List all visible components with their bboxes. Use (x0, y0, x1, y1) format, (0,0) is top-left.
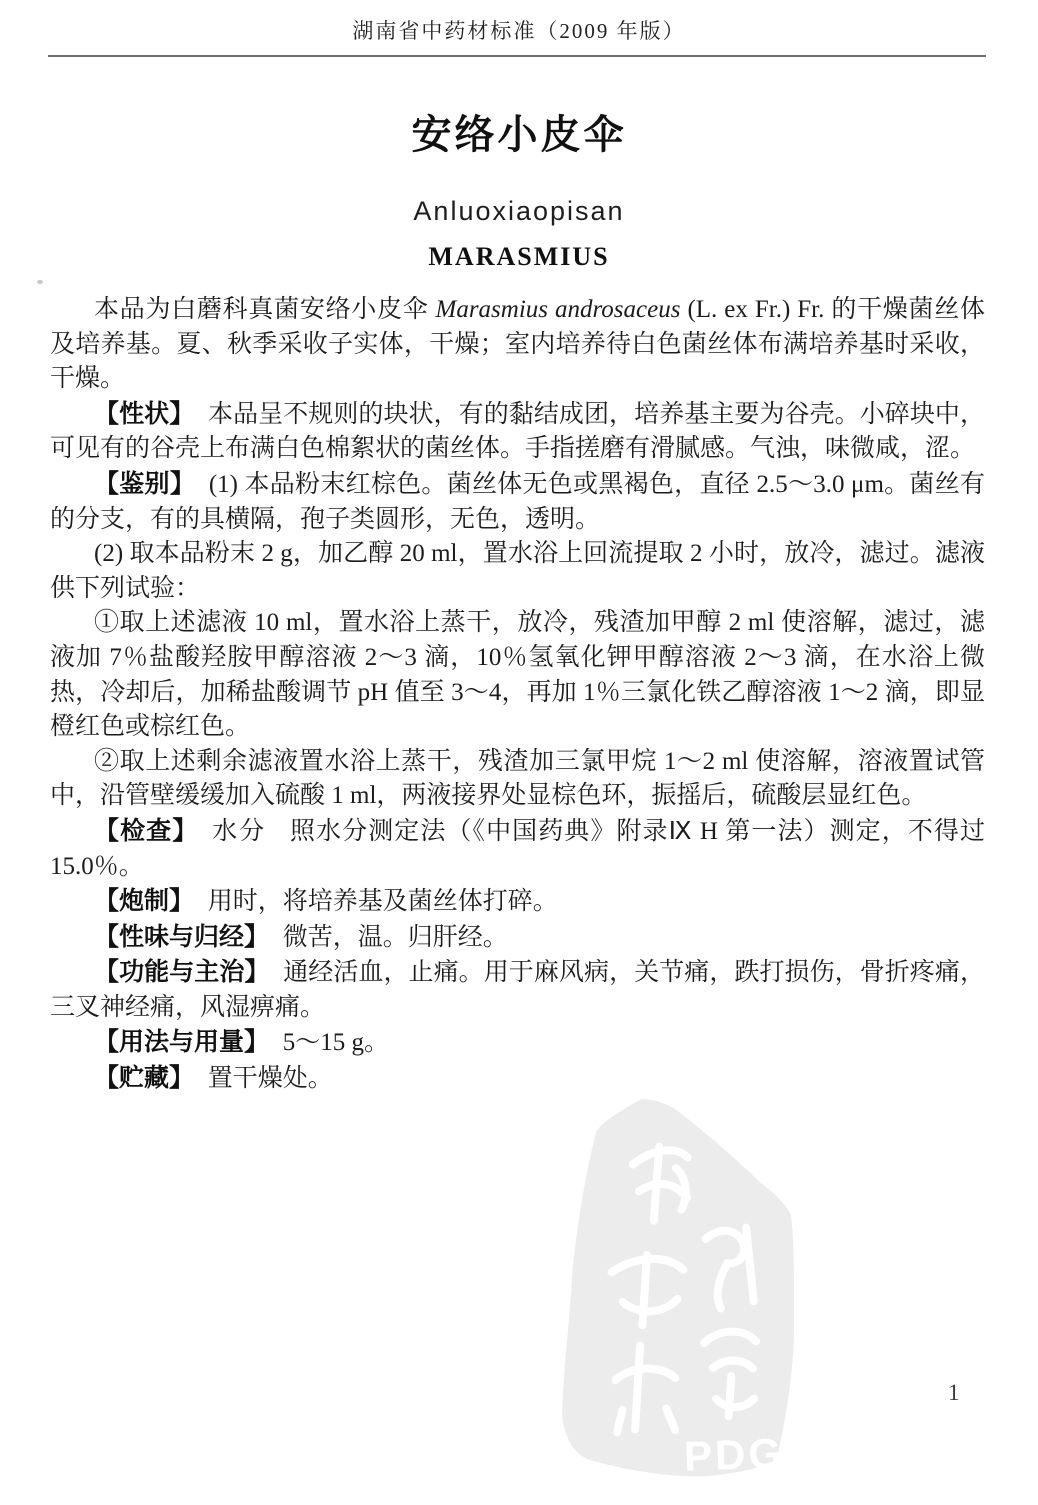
paragraph-intro: 本品为白蘑科真菌安络小皮伞Marasmius androsaceus(L. ex… (50, 293, 985, 397)
section-label-yongfa: 【用法与用量】 (94, 1028, 269, 1056)
section-text-yongfa: 5～15 g。 (283, 1029, 389, 1056)
section-label-jiancha: 【检查】 (94, 817, 198, 845)
section-text-xingwei: 微苦，温。归肝经。 (283, 924, 508, 951)
section-gongneng-zhuzhi: 【功能与主治】通经活血，止痛。用于麻风病，关节痛，跌打损伤，骨折疼痛，三叉神经痛… (50, 955, 985, 1025)
running-header: 湖南省中药材标准（2009 年版） (0, 0, 1038, 45)
section-label-xingwei: 【性味与归经】 (94, 923, 269, 951)
test-2-text: ②取上述剩余滤液置水浴上蒸干，残渣加三氯甲烷 1～2 ml 使溶解，溶液置试管中… (50, 748, 985, 810)
intro-text-pre: 本品为白蘑科真菌安络小皮伞 (94, 296, 429, 323)
page-title: 安络小皮伞 (0, 103, 1038, 160)
paragraph-test-2: ②取上述剩余滤液置水浴上蒸干，残渣加三氯甲烷 1～2 ml 使溶解，溶液置试管中… (50, 745, 985, 814)
scanned-document-page: 湖南省中药材标准（2009 年版） 安络小皮伞 Anluoxiaopisan M… (0, 0, 1038, 1505)
section-label-zhucang: 【贮藏】 (94, 1064, 194, 1092)
page-number: 1 (948, 1380, 960, 1406)
section-xingzhuang: 【性状】本品呈不规则的块状，有的黏结成团，培养基主要为谷壳。小碎块中，可见有的谷… (50, 397, 985, 467)
section-jiancha: 【检查】水分照水分测定法（《中国药典》附录Ⅸ H 第一法）测定，不得过 15.0… (50, 814, 985, 884)
section-zhucang: 【贮藏】置干燥处。 (50, 1061, 985, 1097)
section-label-jianbie: 【鉴别】 (94, 470, 195, 498)
section-text-paozhi: 用时，将培养基及菌丝体打碎。 (208, 888, 558, 915)
watermark-seal-glyphs (607, 1143, 759, 1432)
section-xingwei-guijing: 【性味与归经】微苦，温。归肝经。 (50, 920, 985, 956)
title-latin: MARASMIUS (0, 242, 1038, 272)
watermark-blob (551, 1094, 801, 1481)
watermark-pdg-label: PDG (683, 1429, 785, 1479)
section-yongfa-yongliang: 【用法与用量】5～15 g。 (50, 1025, 985, 1061)
pdg-watermark: PDG (535, 1073, 819, 1492)
document-body: 本品为白蘑科真菌安络小皮伞Marasmius androsaceus(L. ex… (50, 293, 985, 1097)
sub-label-shuifen: 水分 (212, 818, 266, 845)
test-1-text: ①取上述滤液 10 ml，置水浴上蒸干，放冷，残渣加甲醇 2 ml 使溶解，滤过… (50, 609, 985, 740)
section-label-gongneng: 【功能与主治】 (94, 958, 269, 986)
scan-artifact-dot (37, 280, 43, 284)
section-label-paozhi: 【炮制】 (94, 887, 194, 915)
title-pinyin: Anluoxiaopisan (0, 196, 1038, 227)
section-paozhi: 【炮制】用时，将培养基及菌丝体打碎。 (50, 884, 985, 920)
section-label-xingzhuang: 【性状】 (94, 400, 194, 428)
section-text-jianbie-2: (2) 取本品粉末 2 g，加乙醇 20 ml，置水浴上回流提取 2 小时，放冷… (50, 540, 985, 602)
section-jianbie-2: (2) 取本品粉末 2 g，加乙醇 20 ml，置水浴上回流提取 2 小时，放冷… (50, 537, 985, 606)
latin-binomial: Marasmius androsaceus (436, 296, 681, 323)
section-text-zhucang: 置干燥处。 (208, 1065, 333, 1092)
header-rule (48, 55, 986, 57)
section-jianbie-1: 【鉴别】(1) 本品粉末红棕色。菌丝体无色或黑褐色，直径 2.5～3.0 μm。… (50, 467, 985, 537)
paragraph-test-1: ①取上述滤液 10 ml，置水浴上蒸干，放冷，残渣加甲醇 2 ml 使溶解，滤过… (50, 606, 985, 744)
